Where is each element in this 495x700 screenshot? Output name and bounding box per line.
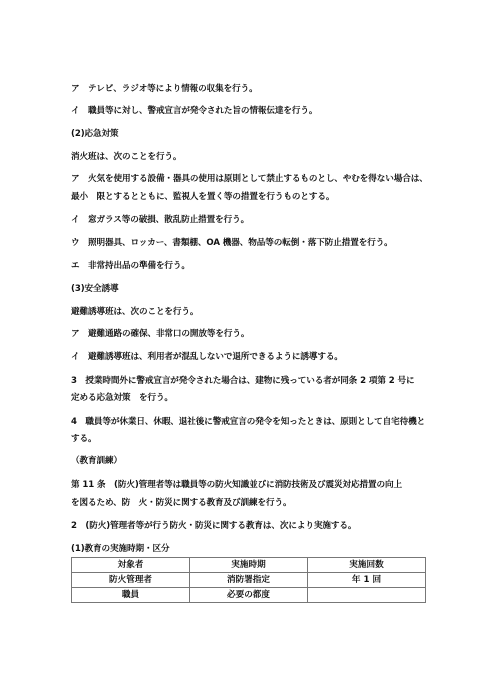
table-cell: 職員 <box>72 588 190 603</box>
document-page: ア テレビ、ラジオ等により情報の収集を行う。 イ 職員等に対し、警戒宣言が発令さ… <box>0 0 495 700</box>
paragraph-after-hours: 3 授業時間外に警戒宣言が発令された場合は、建物に残っている者が同条 2 項第 … <box>71 375 426 387</box>
list-item-window-glass: イ 窓ガラス等の破損、散乱防止措置を行う。 <box>71 214 426 226</box>
paragraph-staff-home: 4 職員等が休業日、休暇、退社後に警戒宣言の発令を知ったときは、原則として自宅待… <box>71 416 426 428</box>
section-heading-training: （教育訓練） <box>71 455 426 467</box>
list-item-evacuation-guidance: イ 避難誘導班は、利用者が混乱しないで退所できるように誘導する。 <box>71 351 426 363</box>
table-header-target: 対象者 <box>72 558 190 573</box>
paragraph-staff-home-cont: する。 <box>71 433 426 445</box>
section-heading-safety-guidance: (3)安全誘導 <box>71 283 426 295</box>
list-item-evacuation-route: ア 避難通路の確保、非常口の開放等を行う。 <box>71 328 426 340</box>
table-row: 防火管理者 消防署指定 年 1 回 <box>72 573 426 588</box>
table-cell: 年 1 回 <box>308 573 426 588</box>
list-item-fire-usage-cont: 最小 限とするとともに、監視人を置く等の措置を行うものとする。 <box>71 191 426 203</box>
list-item-info-collection: ア テレビ、ラジオ等により情報の収集を行う。 <box>71 83 426 95</box>
section-heading-emergency: (2)応急対策 <box>71 128 426 140</box>
list-item-fall-prevention: ウ 照明器具、ロッカー、書類棚、OA 機器、物品等の転倒・落下防止措置を行う。 <box>71 237 426 249</box>
table-cell: 必要の都度 <box>190 588 308 603</box>
table-header-row: 対象者 実施時期 実施回数 <box>72 558 426 573</box>
article-11-cont: を図るため、防 火・防災に関する教育及び訓練を行う。 <box>71 497 426 509</box>
paragraph-education: 2 (防火)管理者等が行う防火・防災に関する教育は、次により実施する。 <box>71 520 426 532</box>
list-item-fire-usage: ア 火気を使用する設備・器具の使用は原則として禁止するものとし、やむを得ない場合… <box>71 173 426 185</box>
list-item-emergency-items: エ 非常持出品の準備を行う。 <box>71 260 426 272</box>
article-11: 第 11 条 (防火)管理者等は職員等の防火知識並びに消防技術及び震災対応措置の… <box>71 479 426 491</box>
paragraph-evacuation-team: 避難誘導班は、次のことを行う。 <box>71 306 426 318</box>
table-header-frequency: 実施回数 <box>308 558 426 573</box>
paragraph-fire-team: 消火班は、次のことを行う。 <box>71 151 426 163</box>
education-schedule-table: 対象者 実施時期 実施回数 防火管理者 消防署指定 年 1 回 職員 必要の都度 <box>71 557 426 603</box>
table-cell <box>308 588 426 603</box>
table-cell: 防火管理者 <box>72 573 190 588</box>
section-heading-education-schedule: (1)教育の実施時期・区分 <box>71 543 426 555</box>
table-cell: 消防署指定 <box>190 573 308 588</box>
table-row: 職員 必要の都度 <box>72 588 426 603</box>
table-header-timing: 実施時期 <box>190 558 308 573</box>
paragraph-after-hours-cont: 定める応急対策 を行う。 <box>71 392 426 404</box>
list-item-info-transmission: イ 職員等に対し、警戒宣言が発令された旨の情報伝達を行う。 <box>71 105 426 117</box>
